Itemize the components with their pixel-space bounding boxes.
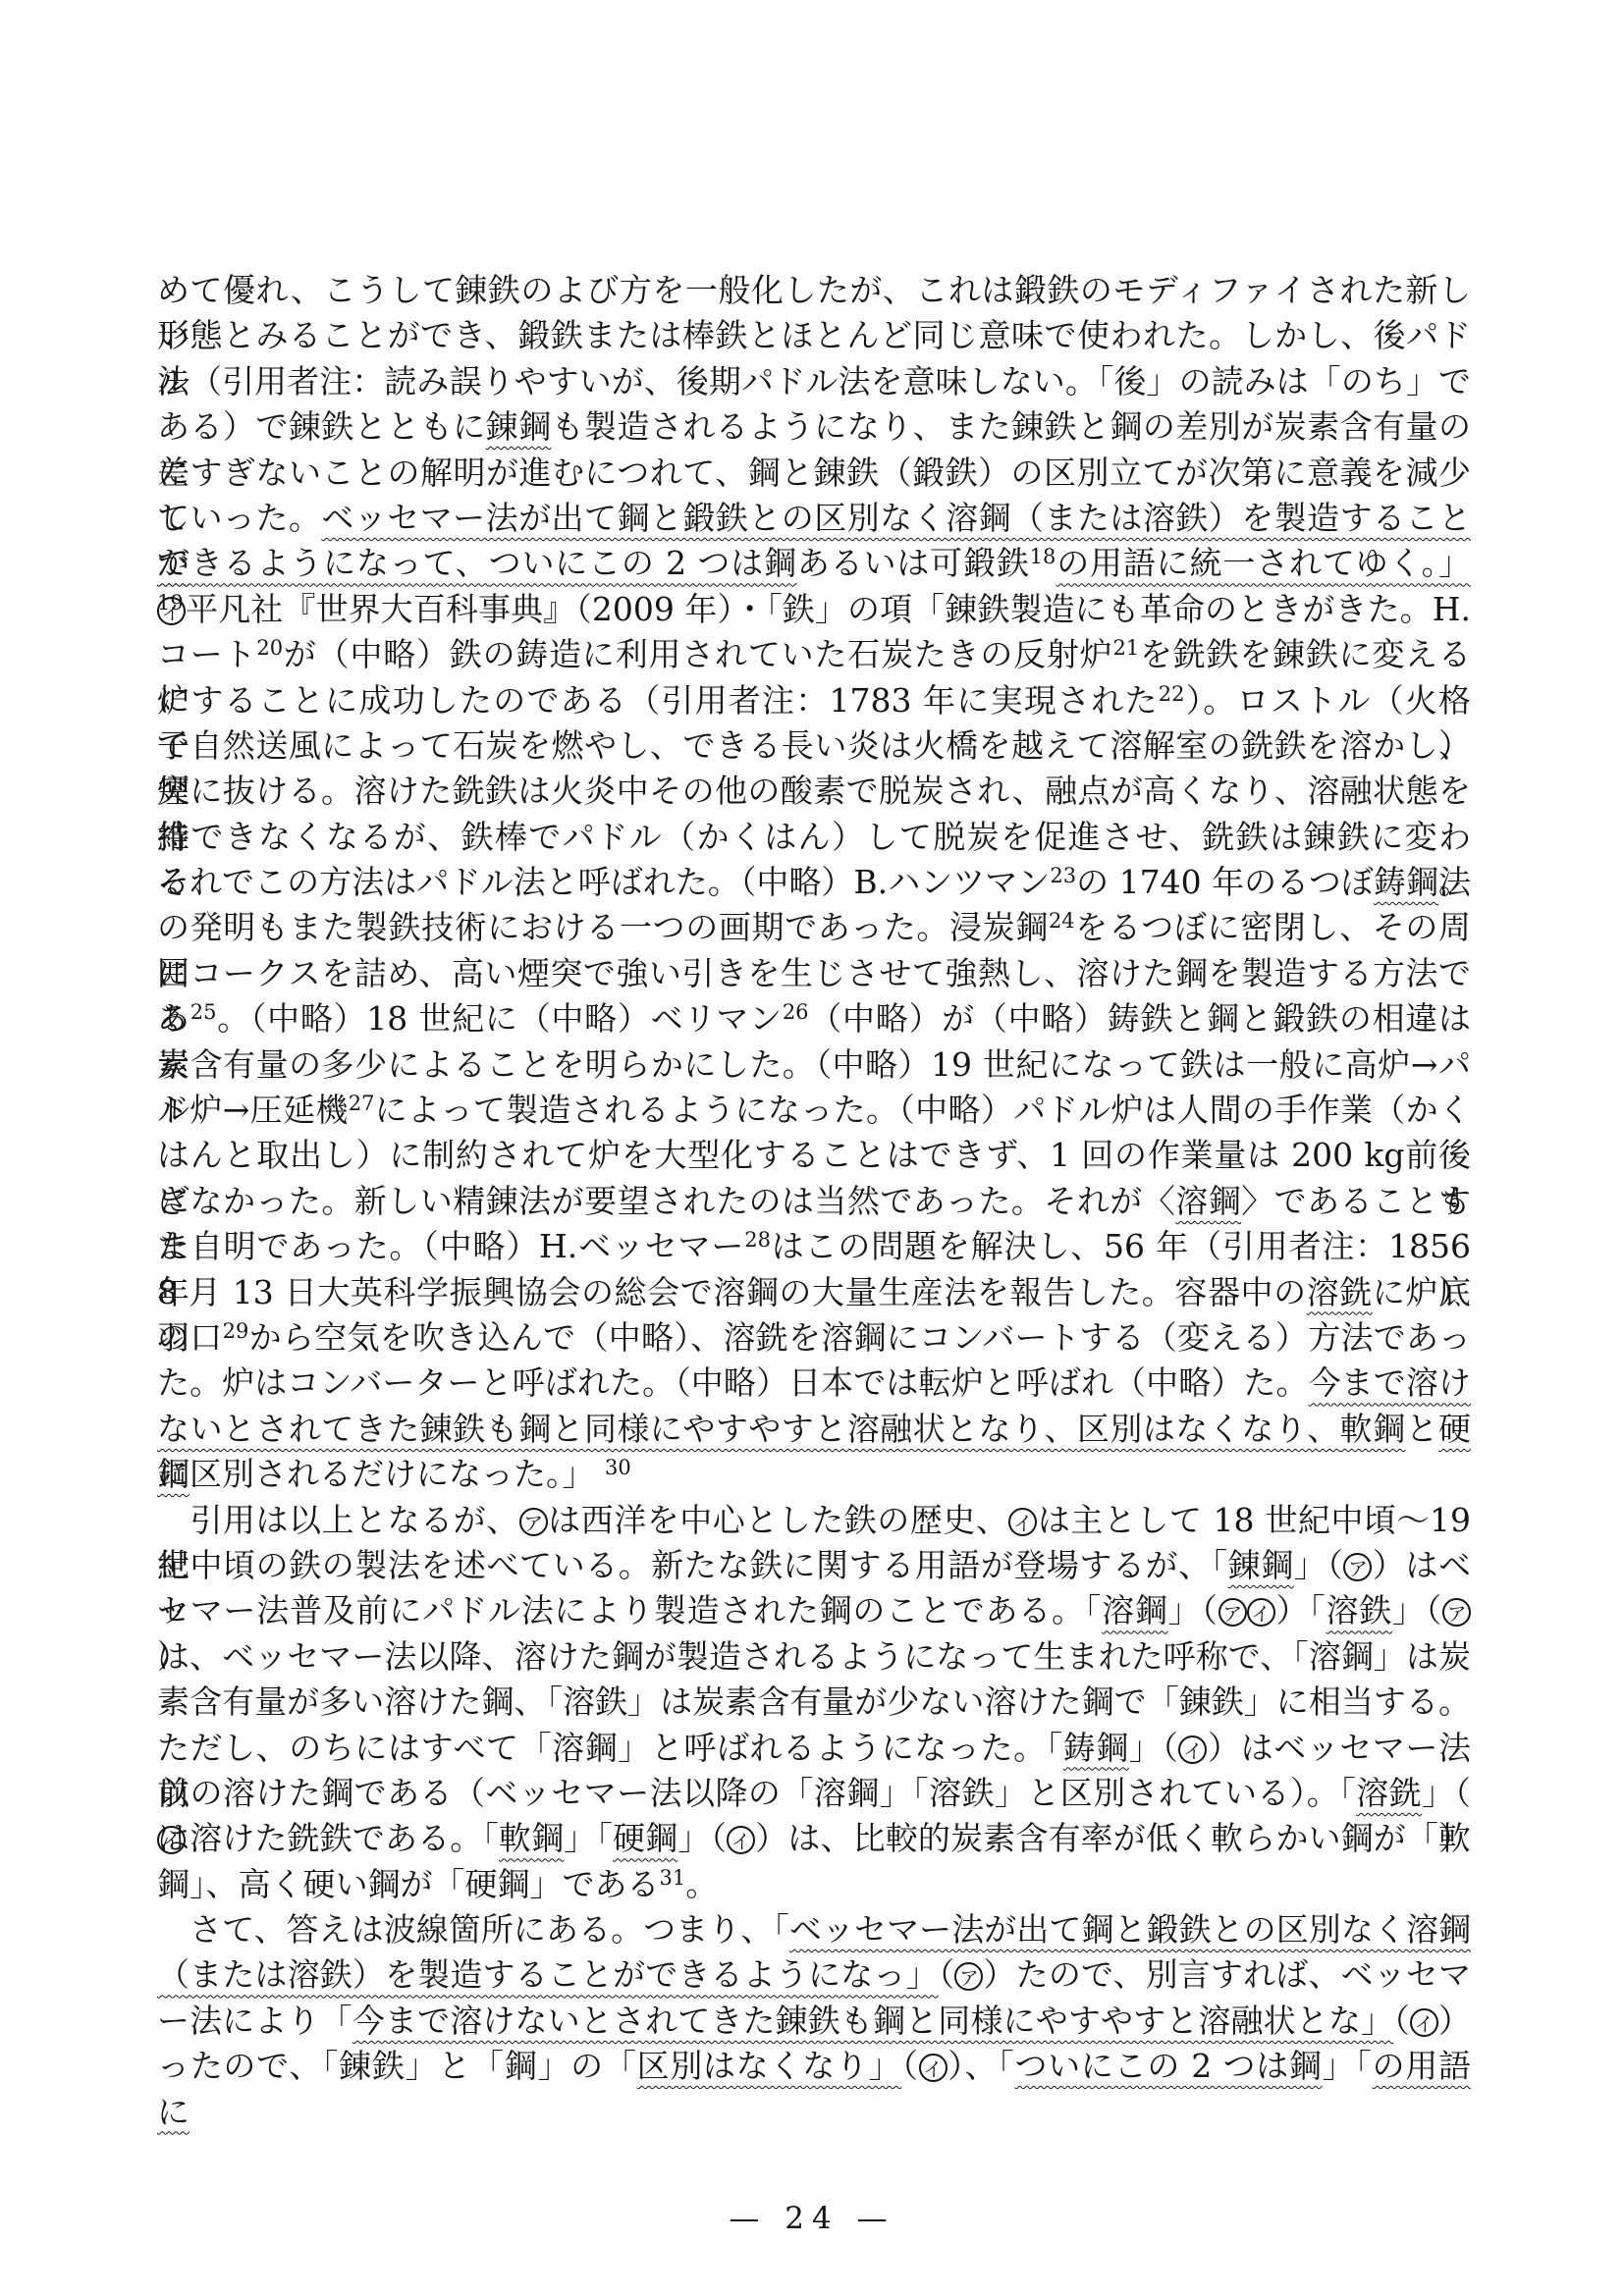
text-run: （ [939,1955,955,1994]
text-run: にすることに成功したのである（引用者注：1783 年に実現された [157,681,1159,720]
text-run: ぎなかった。新しい精錬法が要望されたのは当然であった。それが〈 [157,1182,1175,1220]
text-run: によって製造されるようになった。（中略）パドル炉は人間の手作業（かく [374,1091,1471,1129]
note-ref-superscript: 29 [223,1319,249,1343]
text-run: ル炉→圧延機 [157,1091,349,1129]
text-run: に区別されるだけになった。」 [157,1455,595,1493]
circled-ref-label: イ [1008,1508,1037,1536]
text-run: た。炉はコンバーターと呼ばれた。（中略）日本では転炉と呼ばれ（中略）た。 [157,1363,1309,1402]
text-run: ）たので、別言すれば、ベッセマ [983,1955,1471,1994]
text-run: 素含有量が多い溶けた鋼、「溶鉄」は炭素含有量が少ない溶けた鋼で「錬鉄」に相当する… [157,1682,1471,1721]
circled-ref-label: ア [1343,1553,1372,1581]
text-run: は、ベッセマー法以降、溶けた鋼が製造されるようになって生まれた呼称で、「溶鋼」は… [157,1637,1471,1676]
wavy-underlined-text: 鋳鋼 [1063,1729,1129,1767]
text-run: は溶けた銑鉄である。「 [157,1819,499,1857]
text-run: ある）で錬鉄とともに [157,407,486,446]
text-run: 。（中略）18 世紀に（中略）ベリマン [216,999,782,1038]
text-line: 素含有量が多い溶けた鋼、「溶鉄」は炭素含有量が少ない溶けた鋼で「錬鉄」に相当する… [157,1680,1471,1725]
note-ref-superscript: 27 [349,1092,375,1115]
text-run: 」「 [1323,2047,1373,2085]
text-line: ただし、のちにはすべて「溶鋼」と呼ばれるようになった。「鋳鋼」（イ）はベッセマー… [157,1726,1471,1771]
text-run: 引用は以上となるが、 [157,1501,519,1539]
text-run: コート [157,635,256,673]
wavy-underlined-text: ないとされてきた錬鉄も鋼と同様にやすやすと溶融状となり、 [157,1410,1077,1448]
wavy-underlined-text: 溶鋼 [1102,1591,1168,1629]
text-run: 。 [685,1865,718,1903]
note-ref-superscript: 22 [1159,682,1185,706]
text-run: それでこの方法はパドル法と呼ばれた。（中略）B.ハンツマン [157,863,1050,901]
text-run: セマー法普及前にパドル法により製造された鋼のことである。「 [157,1591,1102,1629]
wavy-underlined-text: ついにこの 2 つは鋼 [1014,2047,1322,2085]
text-run: の発明もまた製鉄技術における一つの画期であった。浸炭鋼 [157,908,1049,946]
circled-ref-label: ア [1218,1598,1247,1627]
circled-ref-label: イ [1247,1598,1275,1627]
text-line: （または溶鉄）を製造することができるようになっ」（ア）たので、別言すれば、ベッセ… [157,1952,1471,1998]
text-run: 8 月 13 日大英科学振興協会の総会で溶鋼の大量生産法を報告した。容器中の [157,1273,1307,1311]
text-run: 」（ [1294,1546,1344,1584]
text-line: にコークスを詰め、高い煙突で強い引きを生じさせて強熱し、溶けた鋼を製造する方法で… [157,951,1471,996]
paragraph: 引用は以上となるが、アは西洋を中心とした鉄の歴史、イは主として 18 世紀中頃〜… [157,1498,1471,1908]
text-line: それでこの方法はパドル法と呼ばれた。（中略）B.ハンツマン23の 1740 年の… [157,860,1471,905]
wavy-underlined-text: 溶鋼 [1175,1182,1241,1220]
text-run: の 1740 年のるつぼ [1076,863,1374,901]
text-line: 羽口29から空気を吹き込んで（中略）、溶銑を溶鋼にコンバートする（変える）方法で… [157,1315,1471,1361]
text-run: ）は、比較的炭素含有率が低く軟らかい鋼が「軟 [755,1819,1471,1857]
text-line: 素含有量の多少によることを明らかにした。（中略）19 世紀になって鉄は一般に高炉… [157,1042,1471,1088]
text-line: にすぎないことの解明が進むにつれて、鋼と錬鉄（鍛鉄）の区別立てが次第に意義を減少… [157,451,1471,496]
wavy-underlined-text: 硬鋼 [613,1819,677,1857]
document-body: めて優れ、こうして錬鉄のよび方を一般化したが、これは鍛鉄のモディファイされた新し… [157,268,1471,2090]
wavy-underlined-text: 軟鋼 [499,1819,564,1857]
circled-ref-label: イ [1410,2008,1438,2037]
note-ref-superscript: 26 [783,1000,809,1024]
text-line: めて優れ、こうして錬鉄のよび方を一般化したが、これは鍛鉄のモディファイされた新し… [157,268,1471,313]
wavy-underlined-text: 今まで溶けないとされてきた錬鉄も鋼と同様にやすやすと溶融状とな」 [352,2002,1393,2040]
text-line: 法（引用者注：読み誤りやすいが、後期パドル法を意味しない。「後」の読みは「のち」… [157,359,1471,404]
text-line: で自然送風によって石炭を燃やし、できる長い炎は火橋を越えて溶解室の銑鉄を溶かし、… [157,723,1471,769]
text-line: ったので、「錬鉄」と「鋼」の「区別はなくなり」（イ）、「ついにこの 2 つは鋼」… [157,2044,1471,2089]
text-run: が（中略）鉄の鋳造に利用されていた石炭たきの反射炉 [283,635,1112,673]
text-run: 平凡社『世界大百科事典』（2009 年）・「鉄」の項「錬鉄製造にも革命のときがき… [186,590,1471,628]
text-line: た自明であった。（中略）H.ベッセマー28はこの問題を解決し、56 年（引用者注… [157,1224,1471,1269]
note-ref-superscript: 31 [660,1866,686,1890]
circled-ref-label: ア [1442,1598,1471,1627]
wavy-underlined-text: 溶銑 [1307,1273,1373,1311]
text-run [595,1455,606,1493]
text-line: コート20が（中略）鉄の鋳造に利用されていた石炭たきの反射炉21を銑鉄を錬鉄に変… [157,632,1471,677]
text-line: ル炉→圧延機27によって製造されるようになった。（中略）パドル炉は人間の手作業（… [157,1088,1471,1133]
text-line: さて、答えは波線箇所にある。つまり、「ベッセマー法が出て鋼と鍛鉄との区別なく溶鋼 [157,1907,1471,1952]
text-line: ある）で錬鉄とともに錬鋼も製造されるようになり、また錬鉄と鋼の差別が炭素含有量の… [157,404,1471,450]
text-line: 引用は以上となるが、アは西洋を中心とした鉄の歴史、イは主として 18 世紀中頃〜… [157,1498,1471,1543]
text-run: （ [901,2047,918,2085]
text-line: は溶けた銑鉄である。「軟鋼」「硬鋼」（イ）は、比較的炭素含有率が低く軟らかい鋼が… [157,1816,1471,1861]
wavy-underlined-text: ついにこの 2 つは鋼 [489,544,797,582]
wavy-underlined-text: 軟鋼 [1340,1410,1406,1448]
text-run: 」（ [1392,1591,1442,1629]
page-number: — 24 — [0,2201,1624,2236]
text-run: ていった。 [157,499,321,537]
wavy-underlined-text: 溶銑 [1356,1774,1422,1812]
wavy-underlined-text: 鋳鋼 [1374,863,1438,901]
text-line: できるようになって、ついにこの 2 つは鋼あるいは可鍛鉄18の用語に統一されてゆ… [157,541,1471,586]
text-run: ったので、「錬鉄」と「鋼」の「 [157,2047,637,2085]
text-run: 」（ [1129,1729,1179,1767]
note-ref-superscript: 23 [1050,864,1076,887]
wavy-underlined-text: 錬鋼 [486,407,552,446]
note-ref-superscript: 18 [1030,545,1056,568]
text-run: 」（ [677,1819,727,1857]
text-line: ー法により「今まで溶けないとされてきた錬鉄も鋼と同様にやすやすと溶融状とな」（イ… [157,1999,1471,2044]
text-run: る [157,999,190,1038]
text-run: は西洋を中心とした鉄の歴史、 [548,1501,1009,1539]
text-line: セマー法普及前にパドル法により製造された鋼のことである。「溶鋼」（アイ）「溶鉄」… [157,1588,1471,1633]
text-run: 前の溶けた鋼である（ベッセマー法以降の「溶鋼」「溶鉄」と区別されている）。「 [157,1774,1356,1812]
wavy-underlined-text: （または溶鉄）を製造することができるようになっ」 [157,1955,939,1994]
note-ref-superscript: 20 [256,636,283,660]
text-line: 8 月 13 日大英科学振興協会の総会で溶鋼の大量生産法を報告した。容器中の溶銑… [157,1270,1471,1315]
text-line: 鋼」、高く硬い鋼が「硬鋼」である31。 [157,1862,1471,1907]
circled-ref-label: イ [727,1826,755,1854]
paragraph: さて、答えは波線箇所にある。つまり、「ベッセマー法が出て鋼と鍛鉄との区別なく溶鋼… [157,1907,1471,2090]
note-ref-superscript: 28 [744,1228,771,1252]
text-run: ただし、のちにはすべて「溶鋼」と呼ばれるようになった。「 [157,1729,1063,1767]
text-line: に区別されるだけになった。」 30 [157,1452,1471,1497]
note-ref-superscript: 21 [1112,636,1139,660]
circled-ref-label: ア [519,1508,548,1536]
text-run: ）、「 [947,2047,1015,2085]
paragraph: めて優れ、こうして錬鉄のよび方を一般化したが、これは鍛鉄のモディファイされた新し… [157,268,1471,1498]
wavy-underlined-text: 錬鋼 [1228,1546,1294,1584]
text-line: た。炉はコンバーターと呼ばれた。（中略）日本では転炉と呼ばれ（中略）た。今まで溶… [157,1361,1471,1406]
circled-ref-label: ア [954,1962,983,1991]
text-line: は、ベッセマー法以降、溶けた鋼が製造されるようになって生まれた呼称で、「溶鋼」は… [157,1634,1471,1680]
text-line: ないとされてきた錬鉄も鋼と同様にやすやすと溶融状となり、区別はなくなり、軟鋼と硬… [157,1407,1471,1452]
text-run: 羽口 [157,1318,223,1357]
wavy-underlined-text: 今まで溶け [1309,1363,1471,1402]
text-run: ー法により「 [157,2002,352,2040]
text-line: ていった。ベッセマー法が出て鋼と鍛鉄との区別なく溶鋼（または溶鉄）を製造すること… [157,496,1471,541]
text-run: ）「 [1275,1591,1326,1629]
note-ref-superscript: 24 [1049,909,1075,933]
text-run: 」「 [564,1819,613,1857]
text-run: 法 [1438,863,1471,901]
text-run: 紀中頃の鉄の製法を述べている。新たな鉄に関する用語が登場するが、「 [157,1546,1228,1584]
text-run: と [1406,1410,1438,1448]
text-run: あるいは可鍛鉄 [797,544,1030,582]
wavy-underlined-text: 区別はなくなり、 [1077,1410,1340,1448]
text-run: 鋼」、高く硬い鋼が「硬鋼」である [157,1865,660,1903]
circled-ref-label: イ [157,597,186,625]
text-line: 持できなくなるが、鉄棒でパドル（かくはん）して脱炭を促進させ、銑鉄は錬鉄に変わる… [157,815,1471,860]
text-line: 突に抜ける。溶けた銑鉄は火炎中その他の酸素で脱炭され、融点が高くなり、溶融状態を… [157,769,1471,814]
text-line: ぎなかった。新しい精錬法が要望されたのは当然であった。それが〈溶鋼〉であることも… [157,1179,1471,1224]
note-ref-superscript: 30 [605,1456,631,1479]
wavy-underlined-text: できるようになって、 [157,544,489,582]
wavy-underlined-text: 区別はなくなり」 [637,2047,902,2085]
note-ref-superscript: 25 [190,1000,217,1024]
text-run: さて、答えは波線箇所にある。つまり、「 [157,1910,789,1949]
text-line: はんと取出し）に制約されて炉を大型化することはできず、1 回の作業量は 200 … [157,1133,1471,1178]
text-run: （ [1393,2002,1410,2040]
circled-ref-label: イ [1178,1735,1207,1764]
circled-ref-label: イ [919,2054,947,2082]
text-run: ） [1438,2002,1471,2040]
text-run: 」（ [1422,1774,1471,1812]
text-line: 形態とみることができ、鍛鉄または棒鉄とほとんど同じ意味で使われた。しかし、後パド… [157,313,1471,358]
text-line: イ平凡社『世界大百科事典』（2009 年）・「鉄」の項「錬鉄製造にも革命のときが… [157,587,1471,632]
text-line: る25。（中略）18 世紀に（中略）ベリマン26（中略）が（中略）鋳鉄と鋼と鍛鉄… [157,996,1471,1041]
text-run: 法（引用者注：読み誤りやすいが、後期パドル法を意味しない。「後」の読みは「のち」… [157,362,1471,400]
text-line: 前の溶けた鋼である（ベッセマー法以降の「溶鋼」「溶鉄」と区別されている）。「溶銑… [157,1771,1471,1816]
text-line: 紀中頃の鉄の製法を述べている。新たな鉄に関する用語が登場するが、「錬鋼」（ア）は… [157,1543,1471,1588]
text-line: の発明もまた製鉄技術における一つの画期であった。浸炭鋼24をるつぼに密閉し、その… [157,905,1471,950]
text-run: 」（ [1168,1591,1218,1629]
wavy-underlined-text: ベッセマー法が出て鋼と鍛鉄との区別なく溶鋼 [789,1910,1471,1949]
text-line: にすることに成功したのである（引用者注：1783 年に実現された22）。ロストル… [157,678,1471,723]
document-page: めて優れ、こうして錬鉄のよび方を一般化したが、これは鍛鉄のモディファイされた新し… [0,0,1624,2296]
wavy-underlined-text: の用語に統一されてゆく。」 [1056,544,1471,582]
text-run: から空気を吹き込んで（中略）、溶銑を溶鋼にコンバートする（変える）方法であっ [248,1318,1471,1357]
wavy-underlined-text: 溶鉄 [1326,1591,1392,1629]
text-run: た自明であった。（中略）H.ベッセマー [157,1227,744,1265]
